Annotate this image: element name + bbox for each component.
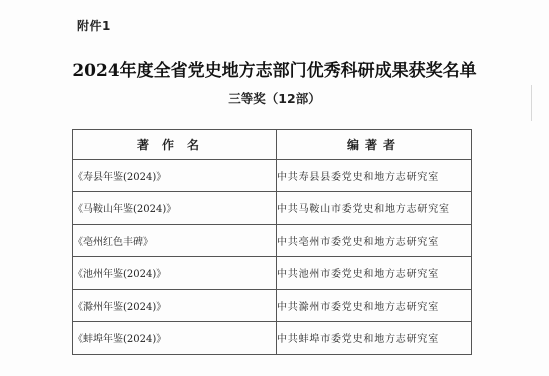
author-cell: 中共池州市委党史和地方志研究室 (277, 257, 472, 290)
award-level-subtitle: 三等奖（12部） (0, 89, 549, 107)
author-cell: 中共寿县县委党史和地方志研究室 (277, 159, 472, 192)
work-title-cell: 《池州年鉴(2024)》 (73, 257, 277, 290)
author-cell: 中共马鞍山市委党史和地方志研究室 (277, 192, 472, 225)
work-title-cell: 《滁州年鉴(2024)》 (73, 289, 277, 322)
scan-artifact-line (531, 85, 532, 121)
work-title-cell: 《亳州红色丰碑》 (73, 224, 277, 257)
table-row: 《蚌埠年鉴(2024)》 中共蚌埠市委党史和地方志研究室 (73, 322, 472, 355)
column-header-author: 编著者 (277, 130, 472, 160)
table-row: 《马鞍山年鉴(2024)》 中共马鞍山市委党史和地方志研究室 (73, 192, 472, 225)
awards-table: 著作名 编著者 《寿县年鉴(2024)》 中共寿县县委党史和地方志研究室 《马鞍… (72, 129, 472, 355)
attachment-label: 附件1 (77, 17, 111, 34)
table-row: 《亳州红色丰碑》 中共亳州市委党史和地方志研究室 (73, 224, 472, 257)
author-cell: 中共滁州市委党史和地方志研究室 (277, 289, 472, 322)
table-row: 《寿县年鉴(2024)》 中共寿县县委党史和地方志研究室 (73, 159, 472, 192)
table-header-row: 著作名 编著者 (73, 130, 472, 160)
work-title-cell: 《寿县年鉴(2024)》 (73, 159, 277, 192)
table-row: 《池州年鉴(2024)》 中共池州市委党史和地方志研究室 (73, 257, 472, 290)
work-title-cell: 《马鞍山年鉴(2024)》 (73, 192, 277, 225)
column-header-work-title: 著作名 (73, 130, 277, 160)
document-title: 2024年度全省党史地方志部门优秀科研成果获奖名单 (0, 56, 549, 81)
work-title-cell: 《蚌埠年鉴(2024)》 (73, 322, 277, 355)
table-row: 《滁州年鉴(2024)》 中共滁州市委党史和地方志研究室 (73, 289, 472, 322)
author-cell: 中共亳州市委党史和地方志研究室 (277, 224, 472, 257)
author-cell: 中共蚌埠市委党史和地方志研究室 (277, 322, 472, 355)
